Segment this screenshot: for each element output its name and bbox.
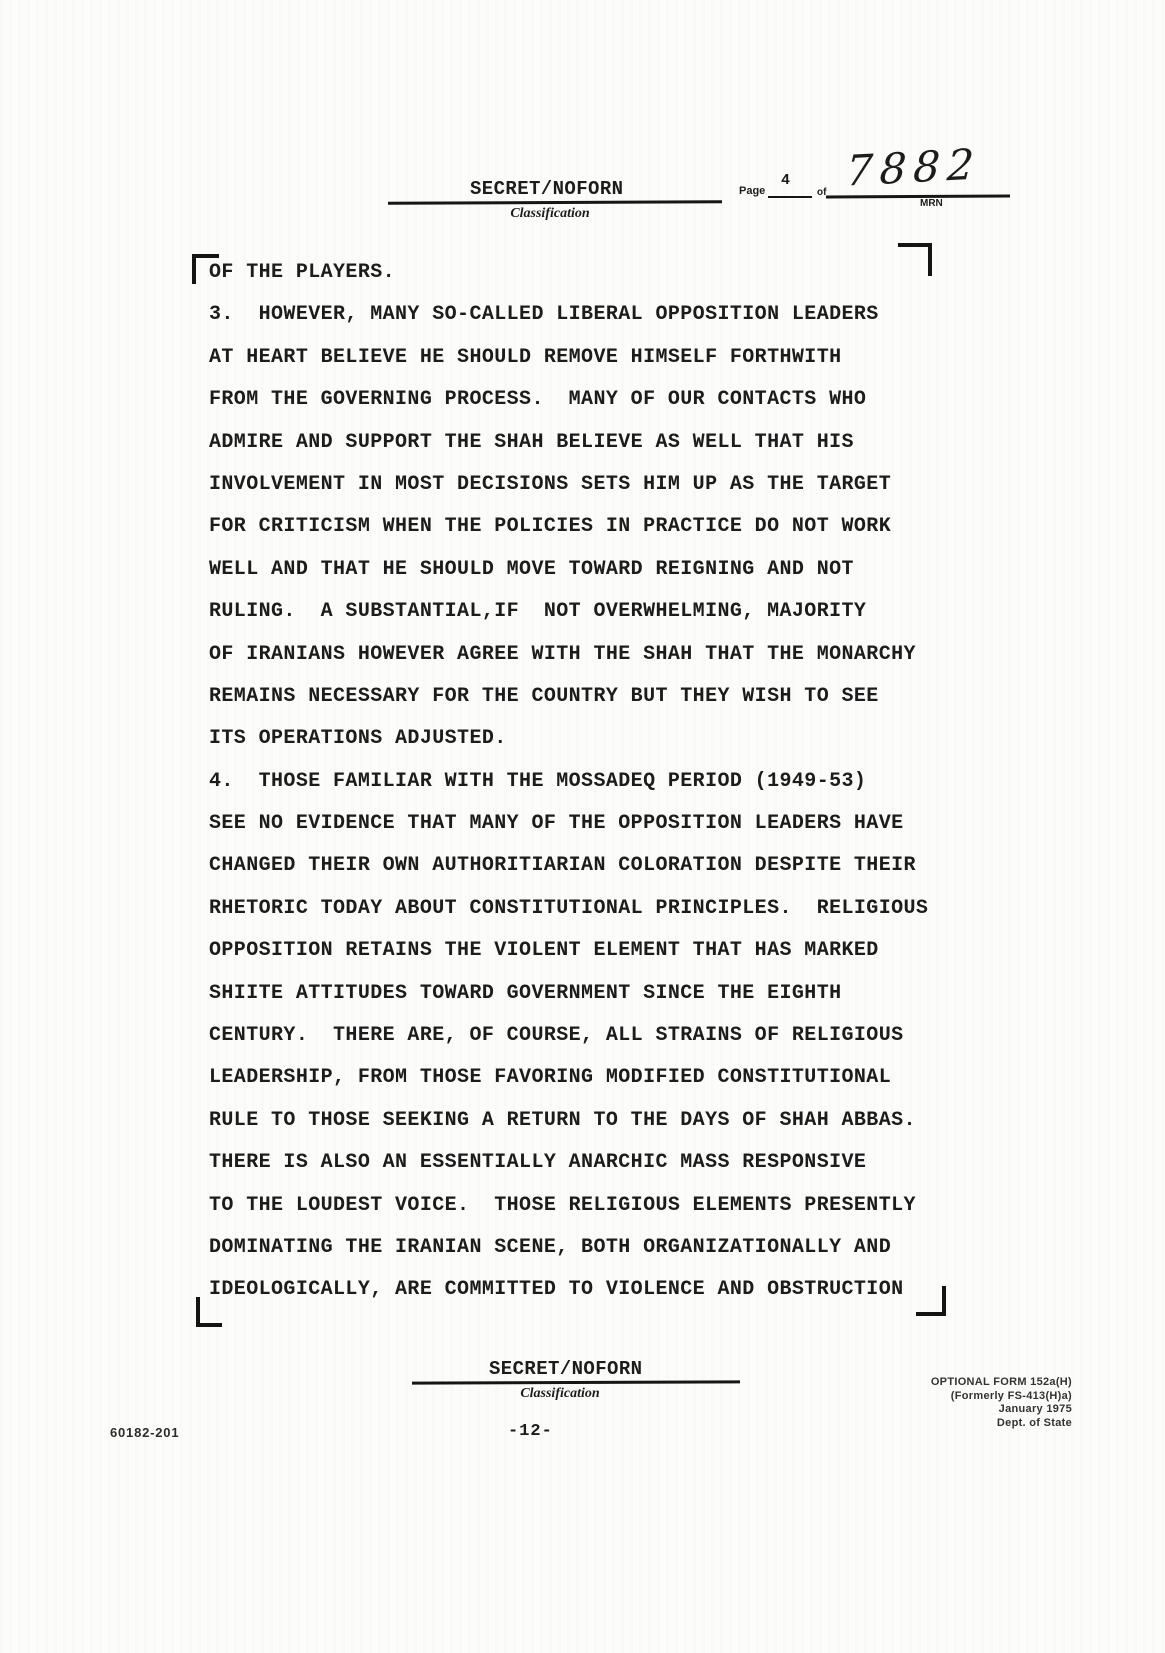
body-line: 3. HOWEVER, MANY SO-CALLED LIBERAL OPPOS… [209, 294, 949, 336]
header-classification-banner: SECRET/NOFORN [470, 178, 623, 200]
body-line: LEADERSHIP, FROM THOSE FAVORING MODIFIED… [209, 1057, 949, 1099]
optional-form-line: January 1975 [850, 1403, 1072, 1417]
header-classification-underline [388, 200, 722, 204]
body-line: INVOLVEMENT IN MOST DECISIONS SETS HIM U… [209, 464, 949, 506]
mrn-handwritten-number: 7882 [845, 139, 982, 195]
body-line: REMAINS NECESSARY FOR THE COUNTRY BUT TH… [209, 676, 949, 718]
body-line: WELL AND THAT HE SHOULD MOVE TOWARD REIG… [209, 549, 949, 591]
page-label: Page [739, 185, 765, 197]
footer-classification-underline [412, 1380, 740, 1384]
body-line: DOMINATING THE IRANIAN SCENE, BOTH ORGAN… [209, 1227, 949, 1269]
body-line: OF THE PLAYERS. [209, 252, 949, 294]
optional-form-line: (Formerly FS-413(H)a) [850, 1390, 1072, 1404]
body-line: ITS OPERATIONS ADJUSTED. [209, 718, 949, 760]
body-line: AT HEART BELIEVE HE SHOULD REMOVE HIMSEL… [209, 337, 949, 379]
optional-form-block: OPTIONAL FORM 152a(H) (Formerly FS-413(H… [850, 1376, 1072, 1430]
body-line: RULING. A SUBSTANTIAL,IF NOT OVERWHELMIN… [209, 591, 949, 633]
body-line: OF IRANIANS HOWEVER AGREE WITH THE SHAH … [209, 634, 949, 676]
body-line: 4. THOSE FAMILIAR WITH THE MOSSADEQ PERI… [209, 761, 949, 803]
body-line: RULE TO THOSE SEEKING A RETURN TO THE DA… [209, 1100, 949, 1142]
footer-classification-label: Classification [470, 1386, 650, 1402]
body-line: RHETORIC TODAY ABOUT CONSTITUTIONAL PRIN… [209, 888, 949, 930]
body-line: IDEOLOGICALLY, ARE COMMITTED TO VIOLENCE… [209, 1269, 949, 1311]
body-line: FROM THE GOVERNING PROCESS. MANY OF OUR … [209, 379, 949, 421]
mrn-underline [826, 195, 1010, 199]
body-line: SHIITE ATTITUDES TOWARD GOVERNMENT SINCE… [209, 973, 949, 1015]
body-line: THERE IS ALSO AN ESSENTIALLY ANARCHIC MA… [209, 1142, 949, 1184]
body-line: CENTURY. THERE ARE, OF COURSE, ALL STRAI… [209, 1015, 949, 1057]
optional-form-line: OPTIONAL FORM 152a(H) [850, 1376, 1072, 1390]
body-line: CHANGED THEIR OWN AUTHORITIARIAN COLORAT… [209, 845, 949, 887]
page-number-value: 4 [781, 172, 790, 189]
footer-page-number: -12- [508, 1422, 553, 1441]
body-line: FOR CRITICISM WHEN THE POLICIES IN PRACT… [209, 506, 949, 548]
body-line: OPPOSITION RETAINS THE VIOLENT ELEMENT T… [209, 930, 949, 972]
footer-classification-banner: SECRET/NOFORN [489, 1358, 642, 1380]
optional-form-line: Dept. of State [850, 1417, 1072, 1431]
body-line: ADMIRE AND SUPPORT THE SHAH BELIEVE AS W… [209, 422, 949, 464]
document-control-number: 60182-201 [110, 1425, 179, 1440]
header-classification-label: Classification [455, 206, 645, 222]
mrn-label: MRN [920, 198, 943, 209]
document-page: SECRET/NOFORN Classification Page 4 of 7… [0, 0, 1165, 1653]
body-line: TO THE LOUDEST VOICE. THOSE RELIGIOUS EL… [209, 1185, 949, 1227]
body-text: OF THE PLAYERS. 3. HOWEVER, MANY SO-CALL… [209, 252, 949, 1312]
body-line: SEE NO EVIDENCE THAT MANY OF THE OPPOSIT… [209, 803, 949, 845]
page-number-underline [768, 196, 812, 198]
